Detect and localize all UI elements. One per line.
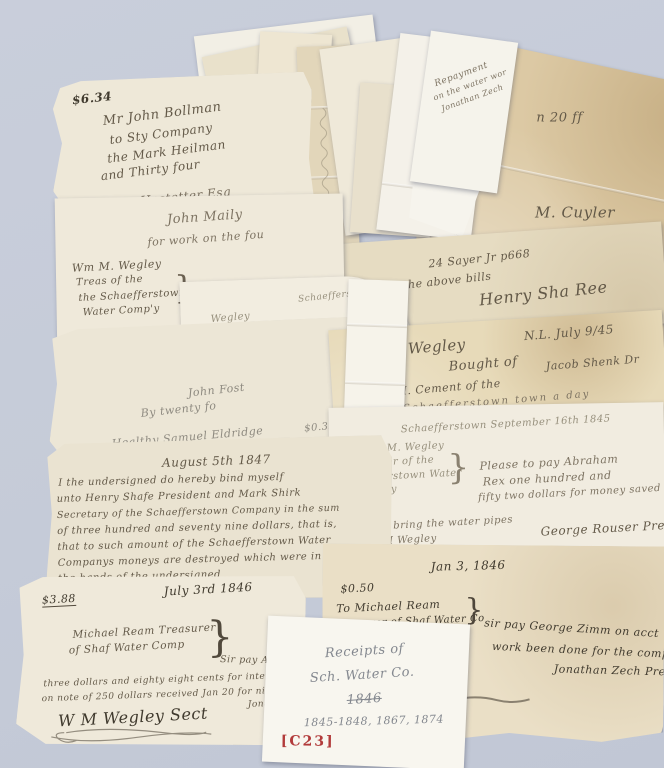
handwriting-line: sir pay George Zimm on acct (484, 616, 659, 640)
handwriting-line: n 20 ff (536, 110, 582, 125)
brace-mark: } (447, 447, 470, 487)
handwriting-line: John Fost (187, 381, 245, 400)
signature-flourish (46, 726, 216, 745)
photo-of-documents: n 20 ff M. Cuyler 46 9 13 84 42 Repaymen… (0, 0, 664, 768)
collection-label-card: Receipts of Sch. Water Co. 1846 1845-184… (262, 616, 470, 768)
handwriting-line: Companys moneys are destroyed which were… (58, 551, 322, 569)
card-line: 1846 (346, 691, 382, 708)
handwriting-line: unto Henry Shafe President and Mark Shir… (56, 487, 301, 504)
handwriting-line: By twenty fo (140, 399, 217, 420)
handwriting-line: I the undersigned do hereby bind myself (58, 472, 284, 489)
handwriting-line: Treas of the (76, 274, 143, 288)
handwriting-line: for work on the fou (147, 228, 265, 249)
date-line: August 5th 1847 (162, 452, 271, 470)
amount-notation: $6.34 (71, 89, 112, 107)
handwriting-line: work been done for the comp. (492, 640, 664, 661)
card-line: Sch. Water Co. (309, 665, 414, 686)
handwriting-line: Schaefferstown September 16th 1845 (401, 413, 611, 435)
amount-notation: $3.88 (42, 592, 77, 608)
handwriting-line: To Michael Ream (336, 598, 440, 616)
signature: Henry Sha Ree (478, 277, 608, 309)
handwriting-line: Bought of (448, 354, 518, 374)
handwriting-line: the Schaefferstown (78, 287, 186, 304)
paper-fold (347, 323, 407, 328)
handwriting-line: Wm M. Wegley (72, 257, 162, 275)
card-line: 1845-1848, 1867, 1874 (304, 713, 444, 730)
signature: Jonathan Zech Presd (554, 662, 664, 678)
card-line: Receipts of (324, 641, 404, 661)
date-line: July 3rd 1846 (163, 580, 253, 599)
amount-notation: $0.50 (340, 581, 375, 595)
date-line: Jan 3, 1846 (431, 558, 506, 574)
handwriting-line: Secretary of the Schaefferstown Company … (57, 503, 340, 521)
handwriting-line: of Shaf Water Comp (69, 639, 185, 657)
handwriting-line: Jacob Shenk Dr (545, 353, 639, 373)
handwriting-line: M. Cuyler (535, 204, 615, 222)
catalog-tag: [C23] (281, 733, 335, 749)
handwriting-line: John Maily (167, 207, 244, 227)
handwriting-line: 24 Sayer Jr p668 (428, 247, 531, 271)
handwriting-line: to bring the water pipes (378, 514, 513, 532)
handwriting-line: N.L. July 9/45 (523, 322, 614, 343)
paper-fold (345, 381, 405, 386)
handwriting-line: of three hundred and seventy nine dollar… (57, 519, 337, 537)
handwriting-line: that to such amount of the Schaefferstow… (57, 535, 331, 553)
handwriting-line: Michael Ream Treasurer (72, 622, 216, 641)
brace-mark: } (464, 593, 484, 628)
signature: George Rouser Presd (540, 517, 664, 538)
handwriting-line: Water Comp'y (82, 303, 160, 318)
